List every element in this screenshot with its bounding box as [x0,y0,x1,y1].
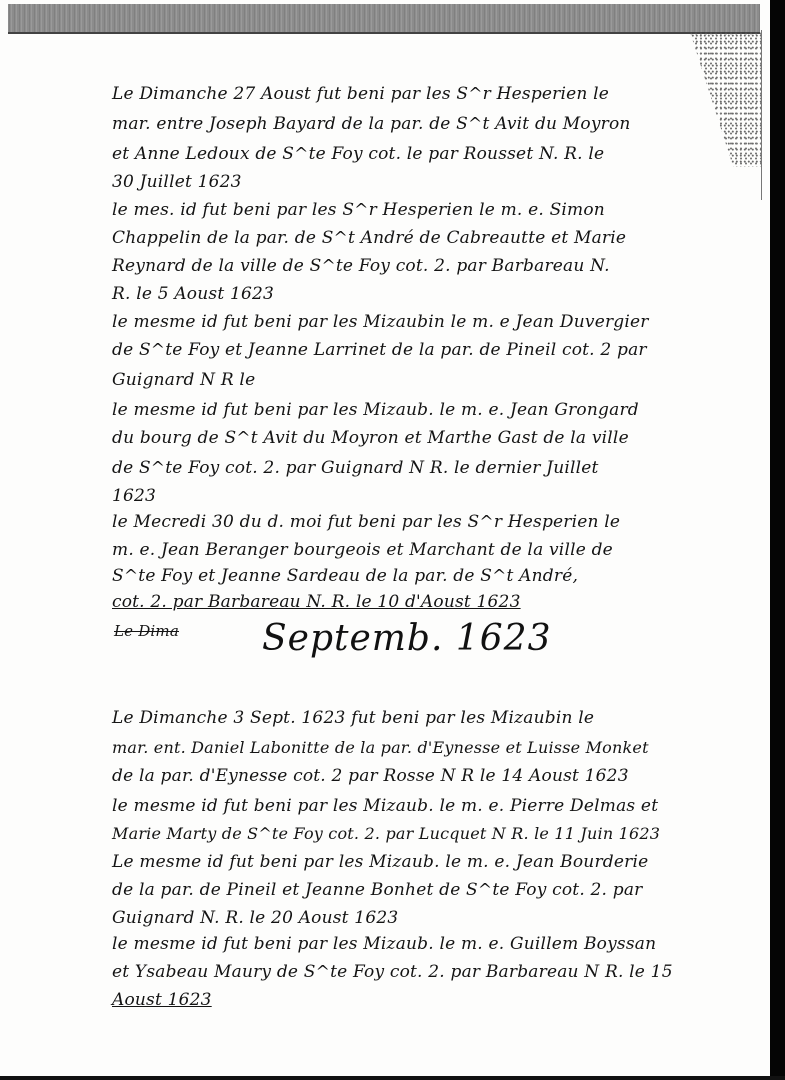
entry-line: Marie Marty de S^te Foy cot. 2. par Lucq… [112,824,660,843]
entry-line: m. e. Jean Beranger bourgeois et Marchan… [112,540,613,560]
entry-line: et Anne Ledoux de S^te Foy cot. le par R… [112,144,604,164]
scan-shadow-top [8,4,760,32]
entry-line: le mesme id fut beni par les Mizaub. le … [112,934,656,954]
entry-line: Guignard N R le [112,370,255,390]
scan-margin-line [761,30,762,200]
entry-line: de la par. de Pineil et Jeanne Bonhet de… [112,880,643,900]
entry-line: le Mecredi 30 du d. moi fut beni par les… [112,512,620,532]
entry-line: de la par. d'Eynesse cot. 2 par Rosse N … [112,766,629,786]
struck-out-text: Le Dima [114,622,179,640]
entry-line: et Ysabeau Maury de S^te Foy cot. 2. par… [112,962,673,982]
entry-line: le mesme id fut beni par les Mizaubin le… [112,312,649,332]
entry-line: de S^te Foy cot. 2. par Guignard N R. le… [112,458,599,478]
scan-edge-right [770,0,785,1080]
entry-line: cot. 2. par Barbareau N. R. le 10 d'Aous… [112,592,521,612]
entry-line: R. le 5 Aoust 1623 [112,284,274,304]
entry-line: Le Dimanche 27 Aoust fut beni par les S^… [112,84,609,104]
entry-line: Chappelin de la par. de S^t André de Cab… [112,228,626,248]
entry-line: S^te Foy et Jeanne Sardeau de la par. de… [112,566,578,586]
entry-line: de S^te Foy et Jeanne Larrinet de la par… [112,340,647,360]
entry-line: 30 Juillet 1623 [112,172,242,192]
entry-line: mar. ent. Daniel Labonitte de la par. d'… [112,738,649,757]
entry-line: Reynard de la ville de S^te Foy cot. 2. … [112,256,610,276]
entry-line: 1623 [112,486,156,506]
entry-line: le mes. id fut beni par les S^r Hesperie… [112,200,605,220]
scanned-page: Le Dimanche 27 Aoust fut beni par les S^… [0,0,785,1080]
entry-line: Guignard N. R. le 20 Aoust 1623 [112,908,398,928]
entry-line: le mesme id fut beni par les Mizaub. le … [112,400,639,420]
entry-line: Aoust 1623 [112,990,212,1010]
scan-speckle-corner [690,32,762,167]
entry-line: Le mesme id fut beni par les Mizaub. le … [112,852,648,872]
section-heading: Septemb. 1623 [262,618,551,659]
scan-edge-bottom [0,1076,785,1080]
entry-line: du bourg de S^t Avit du Moyron et Marthe… [112,428,629,448]
entry-line: Le Dimanche 3 Sept. 1623 fut beni par le… [112,708,594,728]
entry-line: mar. entre Joseph Bayard de la par. de S… [112,114,631,134]
entry-line: le mesme id fut beni par les Mizaub. le … [112,796,658,816]
